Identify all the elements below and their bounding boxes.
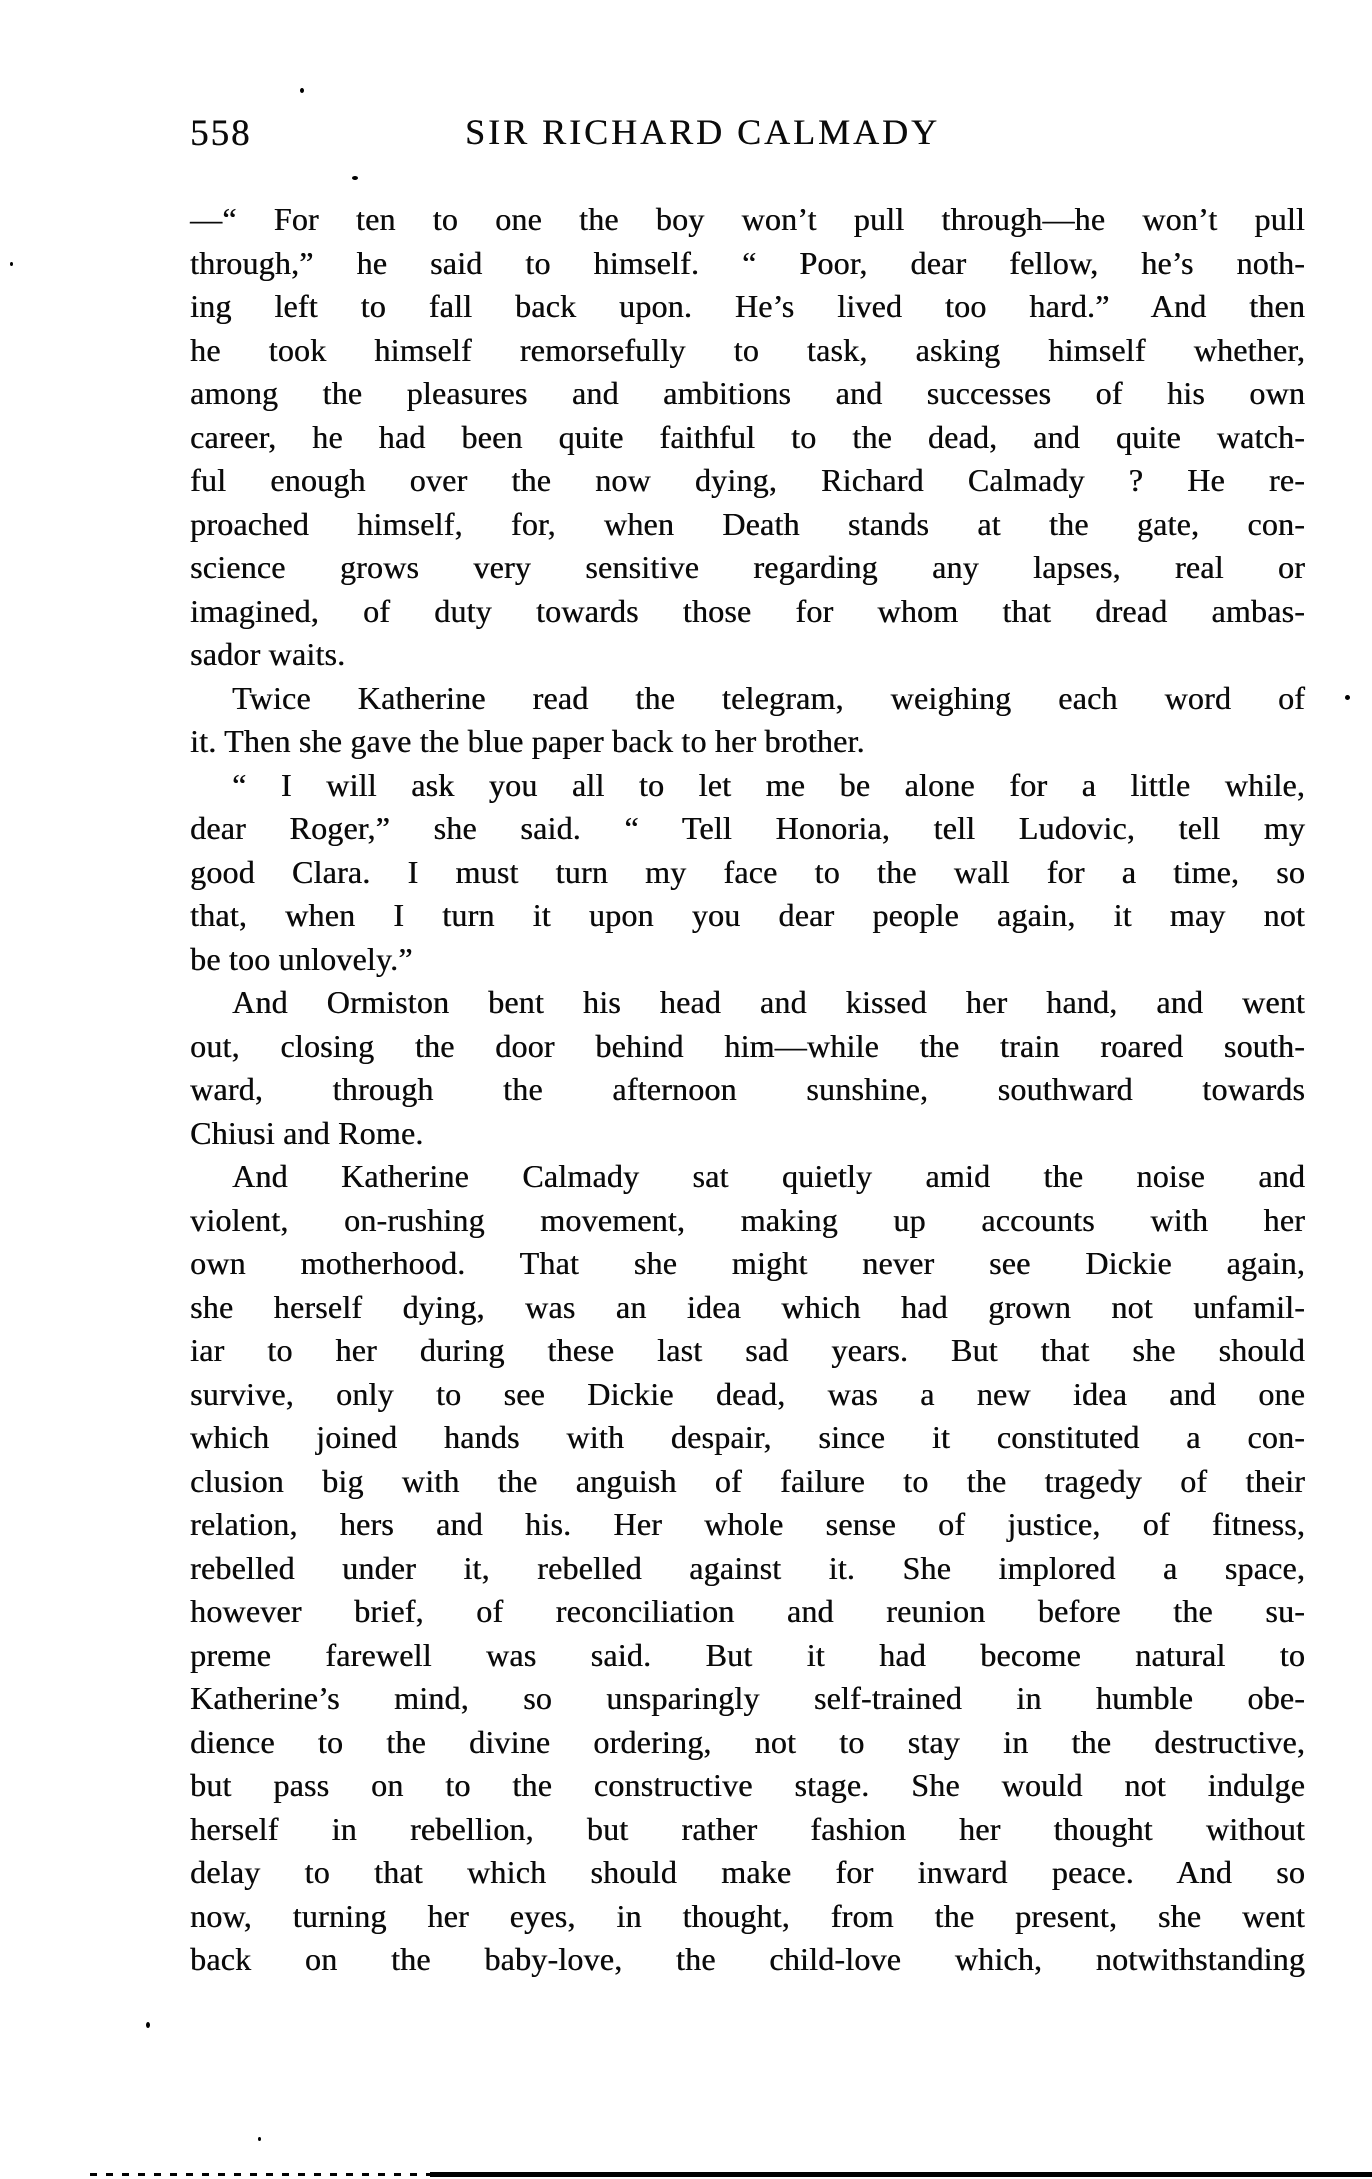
text-line: ful enough over the now dying, Richard C… [190, 459, 1305, 503]
paragraph: —“ For ten to one the boy won’t pull thr… [190, 198, 1305, 677]
text-line: which joined hands with despair, since i… [190, 1416, 1305, 1460]
text-line: ward, through the afternoon sunshine, so… [190, 1068, 1305, 1112]
scan-edge-artifact-dots [90, 2173, 430, 2176]
text-line: back on the baby-love, the child-love wh… [190, 1938, 1305, 1982]
text-line: imagined, of duty towards those for whom… [190, 590, 1305, 634]
text-line: And Ormiston bent his head and kissed he… [190, 981, 1305, 1025]
text-line: herself in rebellion, but rather fashion… [190, 1808, 1305, 1852]
text-line: sador waits. [190, 633, 1305, 677]
scan-edge-artifact [430, 2172, 1372, 2177]
ink-speck [352, 176, 358, 180]
text-line: be too unlovely.” [190, 938, 1305, 982]
paragraph: Twice Katherine read the telegram, weigh… [190, 677, 1305, 764]
page-header: 558 SIR RICHARD CALMADY [190, 110, 1305, 158]
paragraph: “ I will ask you all to let me be alone … [190, 764, 1305, 982]
text-line: Twice Katherine read the telegram, weigh… [190, 677, 1305, 721]
paragraph: And Katherine Calmady sat quietly amid t… [190, 1155, 1305, 1982]
ink-speck [10, 262, 13, 266]
text-line: —“ For ten to one the boy won’t pull thr… [190, 198, 1305, 242]
text-line: out, closing the door behind him—while t… [190, 1025, 1305, 1069]
text-line: own motherhood. That she might never see… [190, 1242, 1305, 1286]
text-line: ing left to fall back upon. He’s lived t… [190, 285, 1305, 329]
text-line: however brief, of reconciliation and reu… [190, 1590, 1305, 1634]
text-line: violent, on-rushing movement, making up … [190, 1199, 1305, 1243]
text-line: rebelled under it, rebelled against it. … [190, 1547, 1305, 1591]
paragraph: And Ormiston bent his head and kissed he… [190, 981, 1305, 1155]
text-block: —“ For ten to one the boy won’t pull thr… [190, 198, 1305, 1982]
text-line: “ I will ask you all to let me be alone … [190, 764, 1305, 808]
text-line: among the pleasures and ambitions and su… [190, 372, 1305, 416]
text-line: delay to that which should make for inwa… [190, 1851, 1305, 1895]
text-line: survive, only to see Dickie dead, was a … [190, 1373, 1305, 1417]
text-line: that, when I turn it upon you dear peopl… [190, 894, 1305, 938]
text-line: preme farewell was said. But it had beco… [190, 1634, 1305, 1678]
book-page-scan: 558 SIR RICHARD CALMADY —“ For ten to on… [0, 0, 1372, 2179]
text-line: good Clara. I must turn my face to the w… [190, 851, 1305, 895]
text-line: it. Then she gave the blue paper back to… [190, 720, 1305, 764]
text-line: science grows very sensitive regarding a… [190, 546, 1305, 590]
text-line: but pass on to the constructive stage. S… [190, 1764, 1305, 1808]
text-line: clusion big with the anguish of failure … [190, 1460, 1305, 1504]
text-line: iar to her during these last sad years. … [190, 1329, 1305, 1373]
text-line: And Katherine Calmady sat quietly amid t… [190, 1155, 1305, 1199]
ink-speck [300, 88, 304, 93]
text-line: dience to the divine ordering, not to st… [190, 1721, 1305, 1765]
text-line: proached himself, for, when Death stands… [190, 503, 1305, 547]
text-line: Chiusi and Rome. [190, 1112, 1305, 1156]
running-title: SIR RICHARD CALMADY [145, 110, 1260, 154]
text-line: through,” he said to himself. “ Poor, de… [190, 242, 1305, 286]
text-line: career, he had been quite faithful to th… [190, 416, 1305, 460]
ink-speck [258, 2137, 261, 2141]
ink-speck [1345, 695, 1350, 700]
text-line: she herself dying, was an idea which had… [190, 1286, 1305, 1330]
text-line: relation, hers and his. Her whole sense … [190, 1503, 1305, 1547]
text-line: Katherine’s mind, so unsparingly self-tr… [190, 1677, 1305, 1721]
text-line: dear Roger,” she said. “ Tell Honoria, t… [190, 807, 1305, 851]
text-line: he took himself remorsefully to task, as… [190, 329, 1305, 373]
ink-speck [146, 2022, 150, 2028]
text-line: now, turning her eyes, in thought, from … [190, 1895, 1305, 1939]
